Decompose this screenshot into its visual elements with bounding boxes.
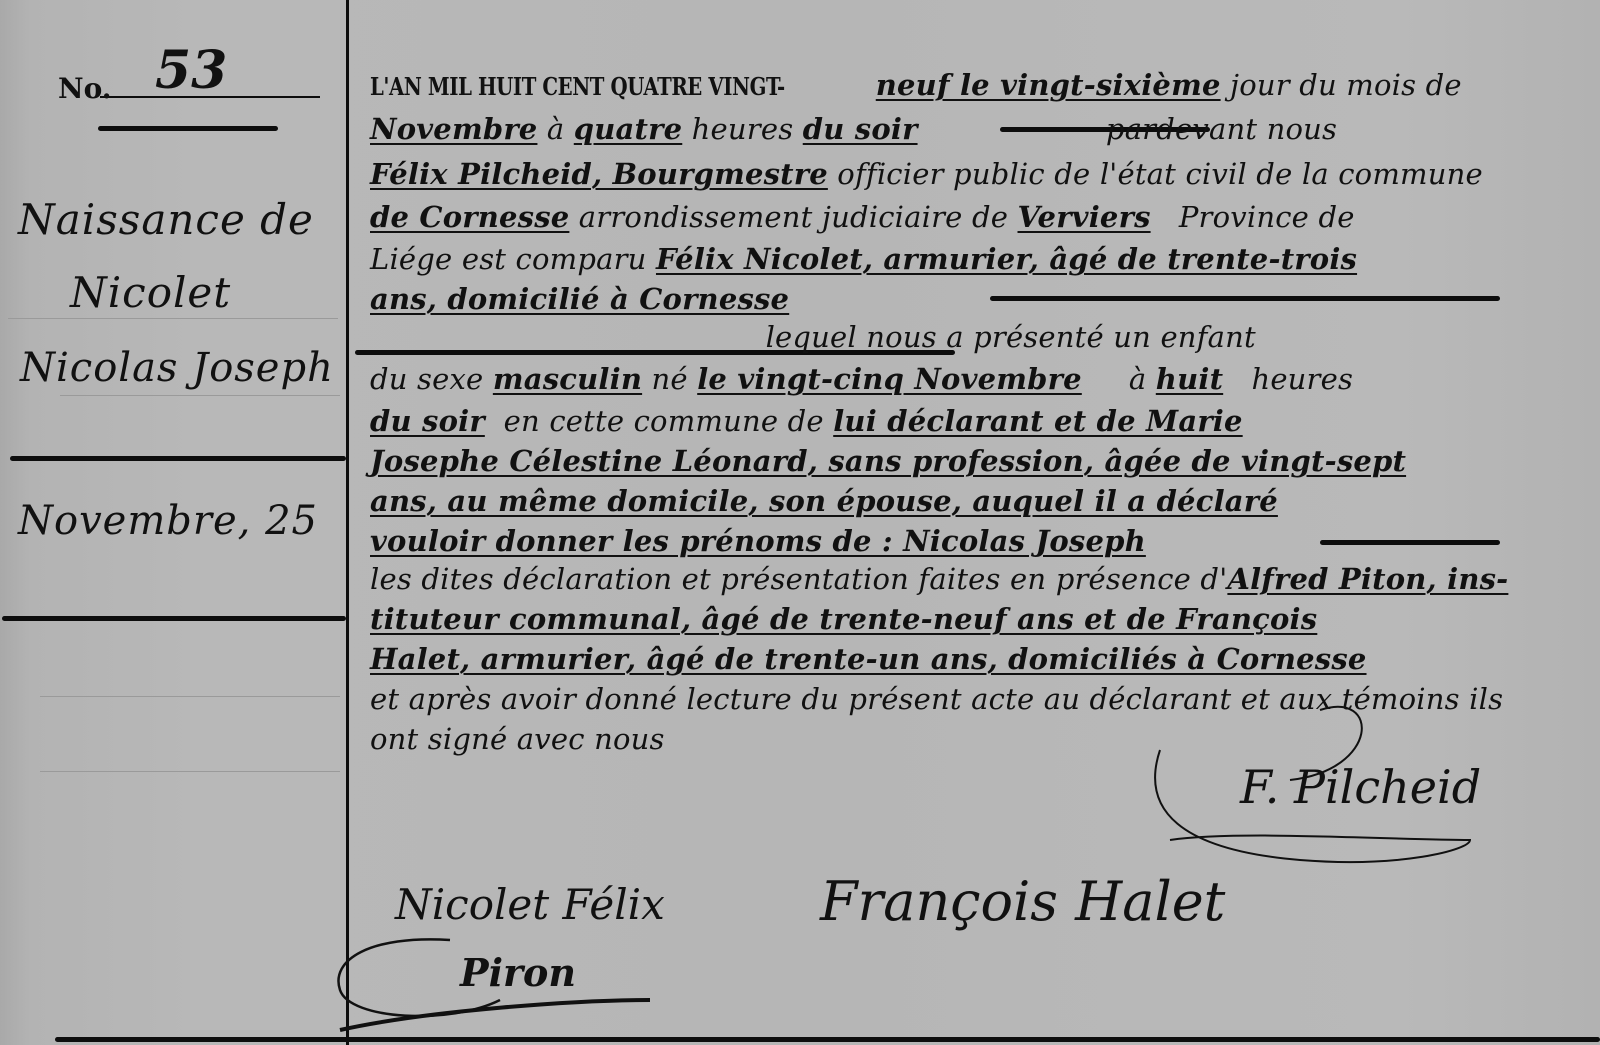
filler-rule: [1320, 540, 1500, 545]
form-text: Liége est comparu: [370, 242, 656, 276]
register-page: No. 53 Naissance de Nicolet Nicolas Jose…: [0, 0, 1600, 1045]
act-line: de Cornesse arrondissement judiciaire de…: [370, 200, 1355, 234]
margin-rule: [10, 456, 346, 461]
form-text: arrondissement judiciaire de: [569, 200, 1017, 234]
act-line: L'AN MIL HUIT CENT QUATRE VINGT-neuf le …: [370, 68, 1462, 102]
handwritten-entry: ans, au même domicile, son épouse, auque…: [370, 484, 1278, 518]
act-line: ans, au même domicile, son épouse, auque…: [370, 484, 1278, 518]
faint-rule: [8, 318, 338, 319]
act-line: du soir en cette commune de lui déclaran…: [370, 404, 1243, 438]
handwritten-entry: vouloir donner les prénoms de : Nicolas …: [370, 524, 1146, 558]
handwritten-entry: le vingt-cinq Novembre: [697, 362, 1082, 396]
handwritten-entry: de Cornesse: [370, 200, 569, 234]
form-text: pardevant nous: [918, 112, 1338, 146]
act-line: Liége est comparu Félix Nicolet, armurie…: [370, 242, 1357, 276]
form-text: lequel nous a présenté un enfant: [370, 320, 1256, 354]
handwritten-entry: huit: [1156, 362, 1223, 396]
faint-rule: [40, 771, 340, 772]
margin-rule: [2, 616, 346, 621]
margin-surname: Nicolet: [70, 268, 231, 317]
act-line: tituteur communal, âgé de trente-neuf an…: [370, 602, 1317, 636]
act-line: du sexe masculin né le vingt-cinq Novemb…: [370, 362, 1353, 396]
bottom-rule: [55, 1037, 1600, 1042]
form-text: officier public de l'état civil de la co…: [828, 157, 1483, 191]
act-line: Josephe Célestine Léonard, sans professi…: [370, 444, 1406, 478]
form-text: né: [642, 362, 697, 396]
faint-rule: [60, 395, 340, 396]
margin-title: Naissance de: [18, 195, 314, 244]
entry-number-label: No.: [58, 72, 112, 105]
signature-declarant: Nicolet Félix: [395, 880, 665, 929]
margin-rule: [98, 126, 278, 131]
form-text: heures: [682, 112, 802, 146]
margin-date: Novembre, 25: [18, 498, 318, 544]
act-line: Novembre à quatre heures du soir pardeva…: [370, 112, 1337, 146]
filler-rule: [990, 296, 1500, 301]
form-text: du sexe: [370, 362, 493, 396]
handwritten-entry: Novembre: [370, 112, 537, 146]
handwritten-entry: Félix Nicolet, armurier, âgé de trente-t…: [656, 242, 1357, 276]
signature-flourish: [330, 930, 660, 1040]
form-text: à: [1082, 362, 1156, 396]
handwritten-entry: du soir: [803, 112, 918, 146]
act-line: les dites déclaration et présentation fa…: [370, 562, 1508, 596]
handwritten-entry: quatre: [574, 112, 682, 146]
handwritten-entry: masculin: [493, 362, 642, 396]
form-text: jour du mois de: [1221, 68, 1462, 102]
handwritten-entry: Alfred Piton, ins-: [1227, 562, 1508, 596]
form-text: heures: [1223, 362, 1353, 396]
handwritten-entry: Félix Pilcheid, Bourgmestre: [370, 157, 828, 191]
form-text: Province de: [1151, 200, 1355, 234]
form-text: ont signé avec nous: [370, 722, 665, 756]
signature-flourish: [1140, 690, 1500, 890]
handwritten-entry: du soir: [370, 404, 485, 438]
handwritten-entry: Verviers: [1018, 200, 1151, 234]
handwritten-entry: Josephe Célestine Léonard, sans professi…: [370, 444, 1406, 478]
form-text: les dites déclaration et présentation fa…: [370, 562, 1227, 596]
handwritten-entry: neuf le vingt-sixième: [876, 68, 1221, 102]
margin-given-names: Nicolas Joseph: [20, 345, 334, 391]
act-line: lequel nous a présenté un enfant: [370, 320, 1256, 354]
column-divider: [346, 0, 349, 1045]
act-line: ont signé avec nous: [370, 722, 665, 756]
handwritten-entry: tituteur communal, âgé de trente-neuf an…: [370, 602, 1317, 636]
printed-heading: L'AN MIL HUIT CENT QUATRE VINGT-: [370, 72, 785, 101]
handwritten-entry: lui déclarant et de Marie: [833, 404, 1242, 438]
act-line: Halet, armurier, âgé de trente-un ans, d…: [370, 642, 1367, 676]
act-line: vouloir donner les prénoms de : Nicolas …: [370, 524, 1146, 558]
act-line: Félix Pilcheid, Bourgmestre officier pub…: [370, 157, 1483, 191]
faint-rule: [40, 696, 340, 697]
handwritten-entry: Halet, armurier, âgé de trente-un ans, d…: [370, 642, 1367, 676]
handwritten-entry: ans, domicilié à Cornesse: [370, 282, 789, 316]
form-text: en cette commune de: [485, 404, 833, 438]
form-text: à: [537, 112, 573, 146]
act-line: ans, domicilié à Cornesse: [370, 282, 789, 316]
entry-number: 53: [155, 40, 227, 101]
